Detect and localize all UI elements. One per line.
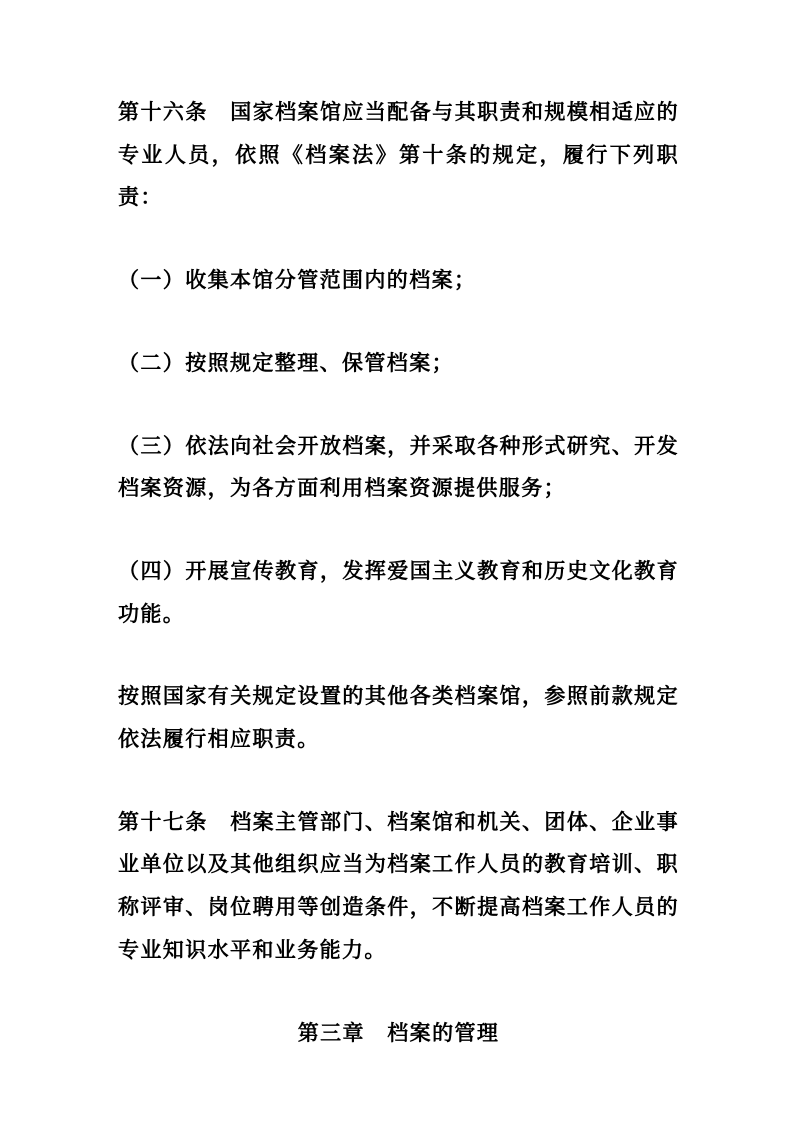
document-page: 第十六条 国家档案馆应当配备与其职责和规模相适应的专业人员，依照《档案法》第十条… [0,0,793,1122]
article-16-item-3: （三）依法向社会开放档案，并采取各种形式研究、开发档案资源，为各方面利用档案资源… [118,426,679,511]
article-16-item-4: （四）开展宣传教育，发挥爱国主义教育和历史文化教育功能。 [118,551,679,636]
article-17-paragraph: 第十七条 档案主管部门、档案馆和机关、团体、企业事业单位以及其他组织应当为档案工… [118,802,679,973]
document-content: 第十六条 国家档案馆应当配备与其职责和规模相适应的专业人员，依照《档案法》第十条… [118,92,679,1055]
article-16-paragraph: 第十六条 国家档案馆应当配备与其职责和规模相适应的专业人员，依照《档案法》第十条… [118,92,679,220]
article-16-item-2: （二）按照规定整理、保管档案； [118,343,679,386]
other-archives-paragraph: 按照国家有关规定设置的其他各类档案馆，参照前款规定依法履行相应职责。 [118,676,679,761]
article-16-item-1: （一）收集本馆分管范围内的档案； [118,260,679,303]
chapter-3-heading: 第三章 档案的管理 [118,1013,679,1056]
